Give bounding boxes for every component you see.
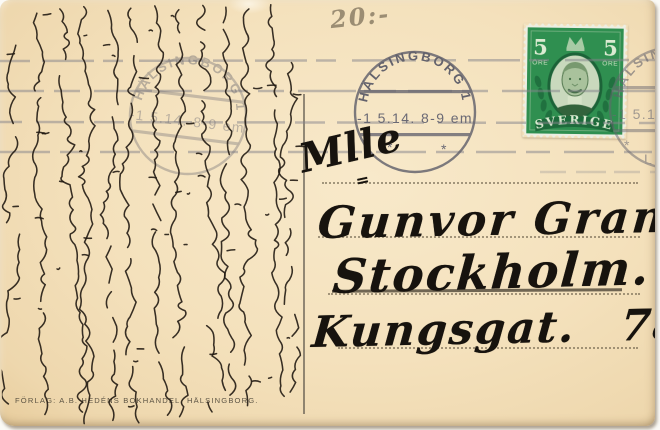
postmark-right: HÄLSINGBORG 1 -1 5.14. 8-9 em * L [604,42,655,182]
addressee-city-handwriting: Stockholm. [331,241,653,305]
postmark-bottom-letter: L [644,151,653,167]
postcard: FÖRLAG: A.B. HEDÉNS BOKHANDEL, HÄLSINGBO… [0,0,655,426]
addressee-name-handwriting: Gunvor Grane [316,191,655,249]
addressee-street-handwriting: Kungsgat. 78 [310,300,655,358]
postcard-photo: FÖRLAG: A.B. HEDÉNS BOKHANDEL, HÄLSINGBO… [0,0,660,430]
postmark-star: * [624,137,630,153]
postmark-date: -1 5.14. 8-9 em [612,106,655,122]
message-handwriting [0,0,312,426]
postmark-star-right: * [441,141,447,157]
svg-text:HÄLSINGBORG 1: HÄLSINGBORG 1 [355,48,474,103]
postmark-town-arc: HÄLSINGBORG 1 [355,48,474,103]
